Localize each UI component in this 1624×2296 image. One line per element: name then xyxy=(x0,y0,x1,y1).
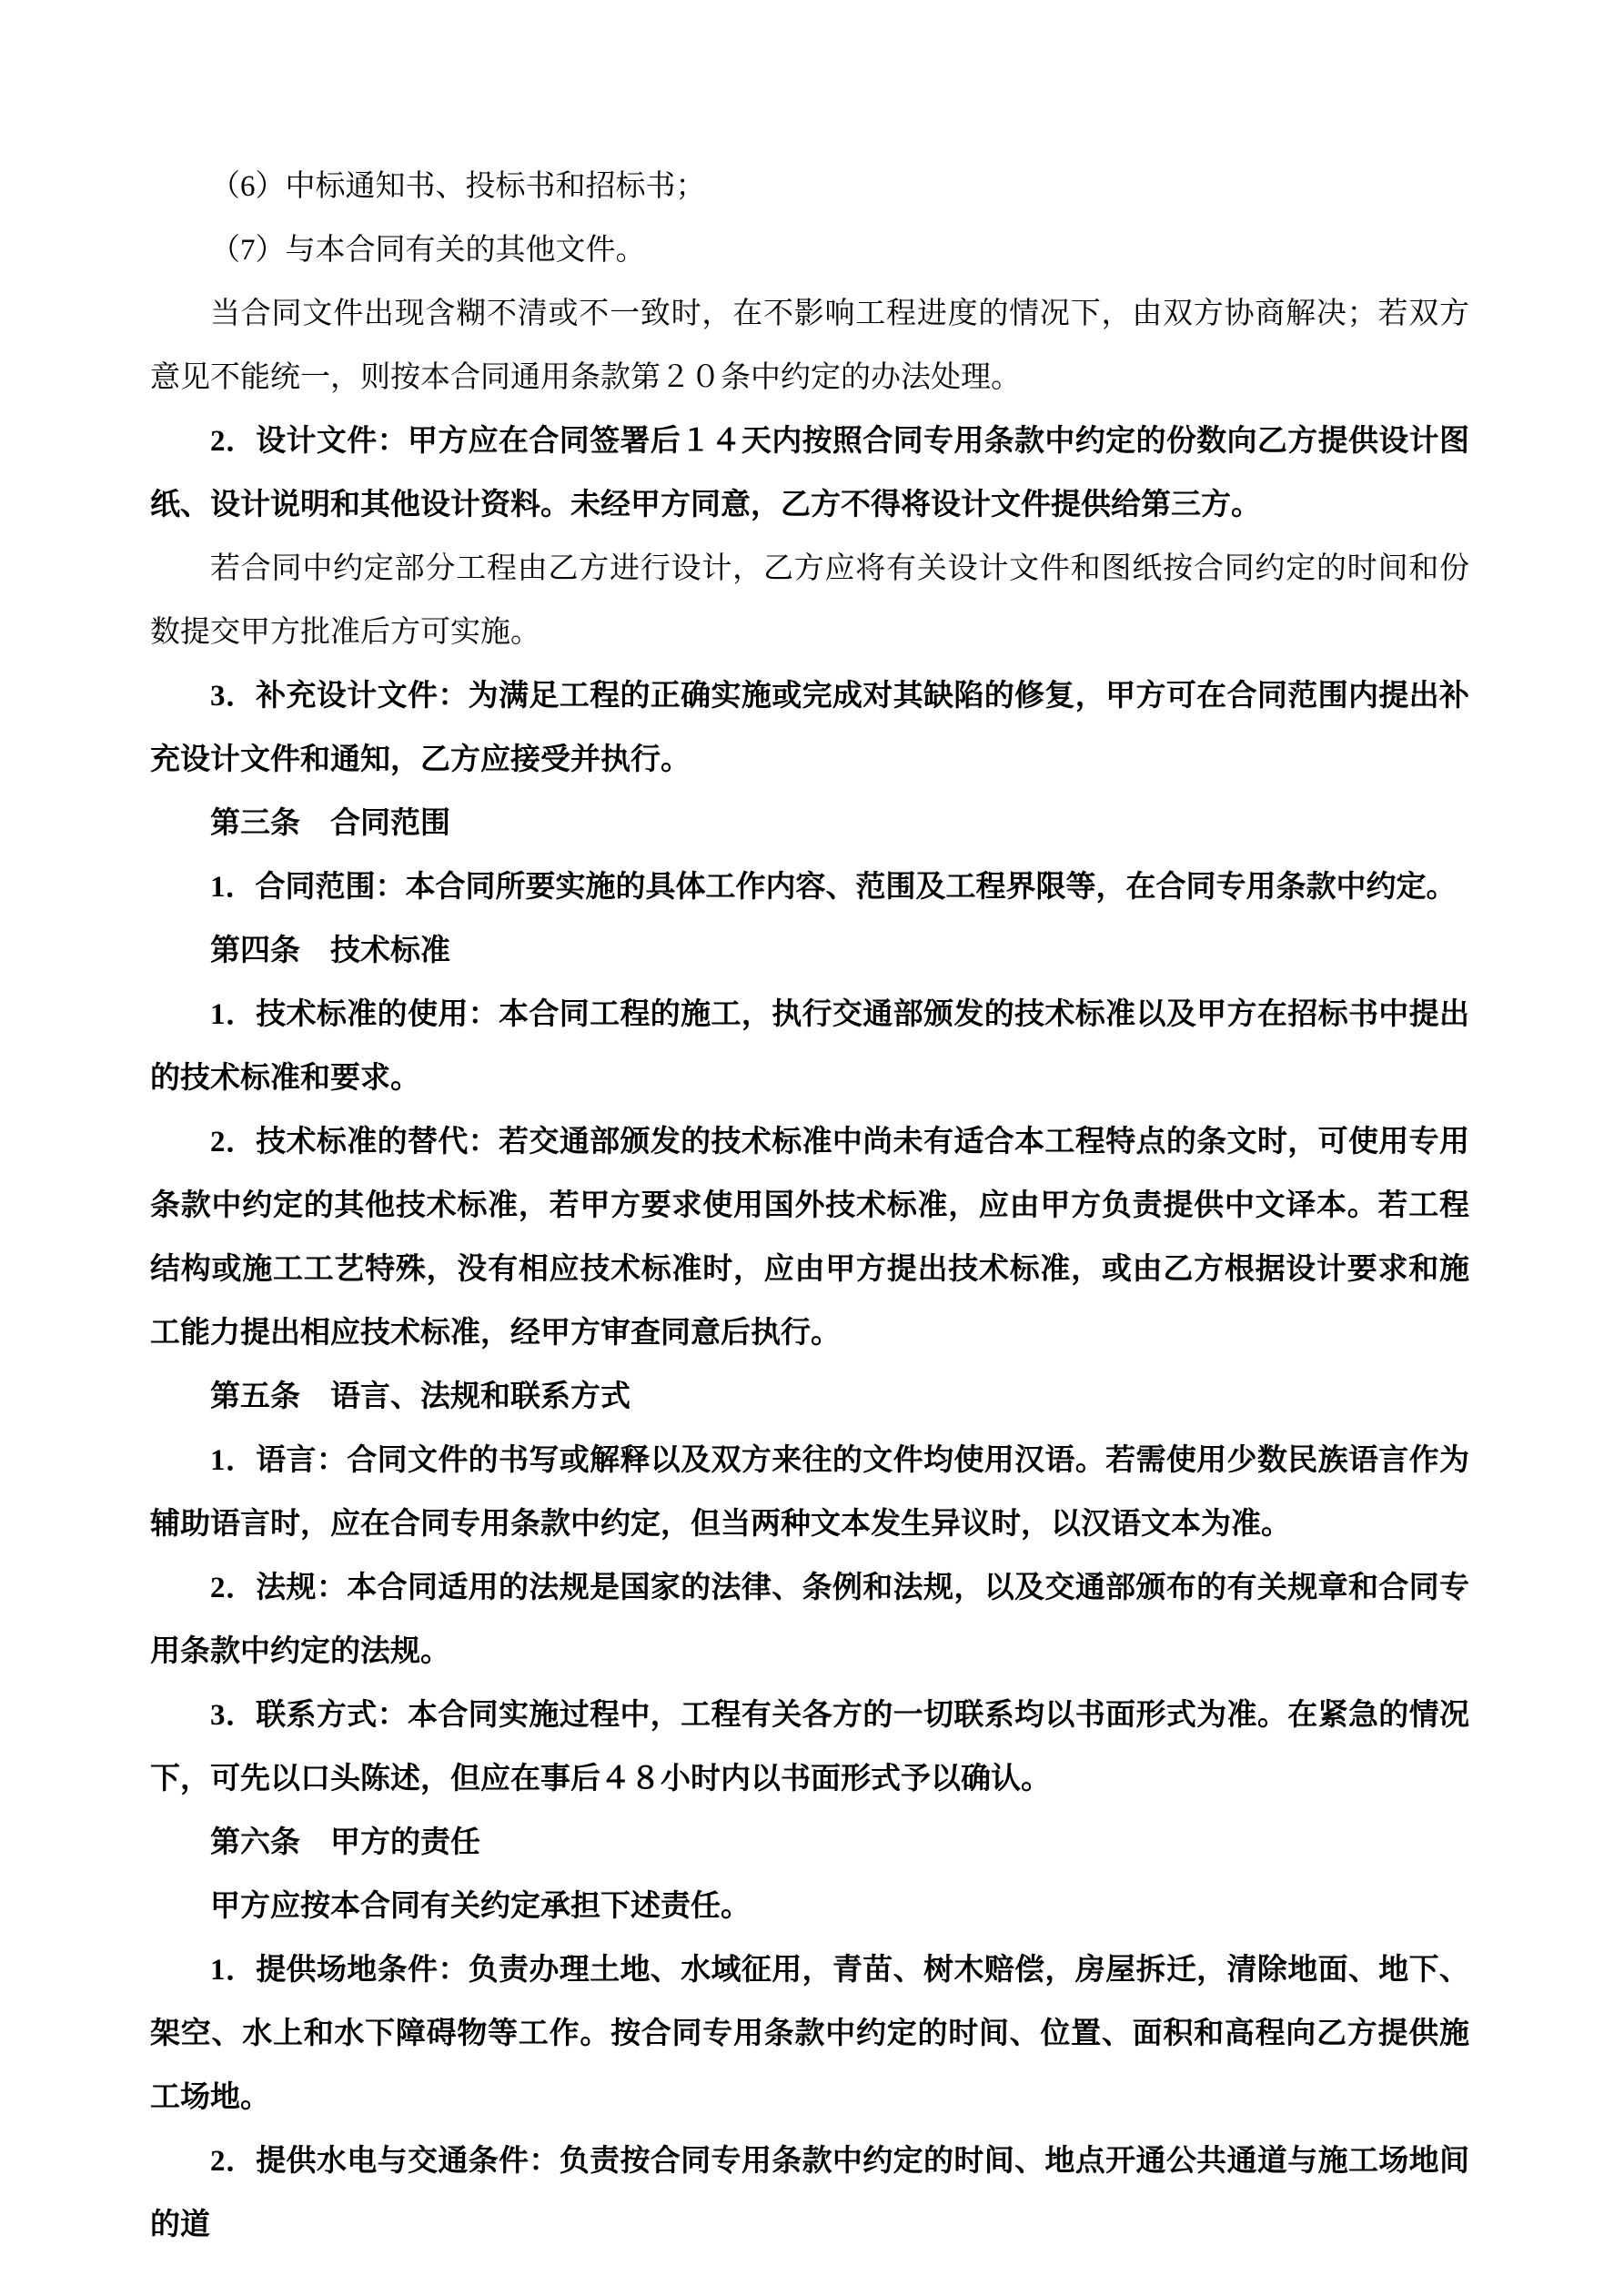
contract-paragraph: 3．补充设计文件：为满足工程的正确实施或完成对其缺陷的修复，甲方可在合同范围内提… xyxy=(150,664,1469,792)
article-heading: 第三条 合同范围 xyxy=(150,792,1469,855)
article-heading: 第五条 语言、法规和联系方式 xyxy=(150,1365,1469,1429)
contract-paragraph: 2．技术标准的替代：若交通部颁发的技术标准中尚未有适合本工程特点的条文时，可使用… xyxy=(150,1110,1469,1365)
contract-paragraph: 1．语言：合同文件的书写或解释以及双方来往的文件均使用汉语。若需使用少数民族语言… xyxy=(150,1429,1469,1556)
contract-paragraph: 当合同文件出现含糊不清或不一致时，在不影响工程进度的情况下，由双方协商解决；若双… xyxy=(150,282,1469,410)
contract-paragraph: 甲方应按本合同有关约定承担下述责任。 xyxy=(150,1875,1469,1938)
article-heading: 第六条 甲方的责任 xyxy=(150,1811,1469,1875)
contract-page: （6）中标通知书、投标书和招标书；（7）与本合同有关的其他文件。当合同文件出现含… xyxy=(0,0,1624,2296)
document-body: （6）中标通知书、投标书和招标书；（7）与本合同有关的其他文件。当合同文件出现含… xyxy=(150,155,1469,2257)
contract-paragraph: （7）与本合同有关的其他文件。 xyxy=(150,218,1469,282)
contract-paragraph: 1．合同范围：本合同所要实施的具体工作内容、范围及工程界限等，在合同专用条款中约… xyxy=(150,855,1469,919)
contract-paragraph: 2．法规：本合同适用的法规是国家的法律、条例和法规，以及交通部颁布的有关规章和合… xyxy=(150,1556,1469,1684)
contract-paragraph: 2．提供水电与交通条件：负责按合同专用条款中约定的时间、地点开通公共通道与施工场… xyxy=(150,2129,1469,2257)
contract-paragraph: 1．技术标准的使用：本合同工程的施工，执行交通部颁发的技术标准以及甲方在招标书中… xyxy=(150,983,1469,1110)
contract-paragraph: 2．设计文件：甲方应在合同签署后１４天内按照合同专用条款中约定的份数向乙方提供设… xyxy=(150,410,1469,537)
contract-paragraph: 3．联系方式：本合同实施过程中，工程有关各方的一切联系均以书面形式为准。在紧急的… xyxy=(150,1684,1469,1811)
article-heading: 第四条 技术标准 xyxy=(150,919,1469,983)
contract-paragraph: 若合同中约定部分工程由乙方进行设计，乙方应将有关设计文件和图纸按合同约定的时间和… xyxy=(150,537,1469,664)
contract-paragraph: 1．提供场地条件：负责办理土地、水域征用，青苗、树木赔偿，房屋拆迁，清除地面、地… xyxy=(150,1938,1469,2129)
contract-paragraph: （6）中标通知书、投标书和招标书； xyxy=(150,155,1469,218)
